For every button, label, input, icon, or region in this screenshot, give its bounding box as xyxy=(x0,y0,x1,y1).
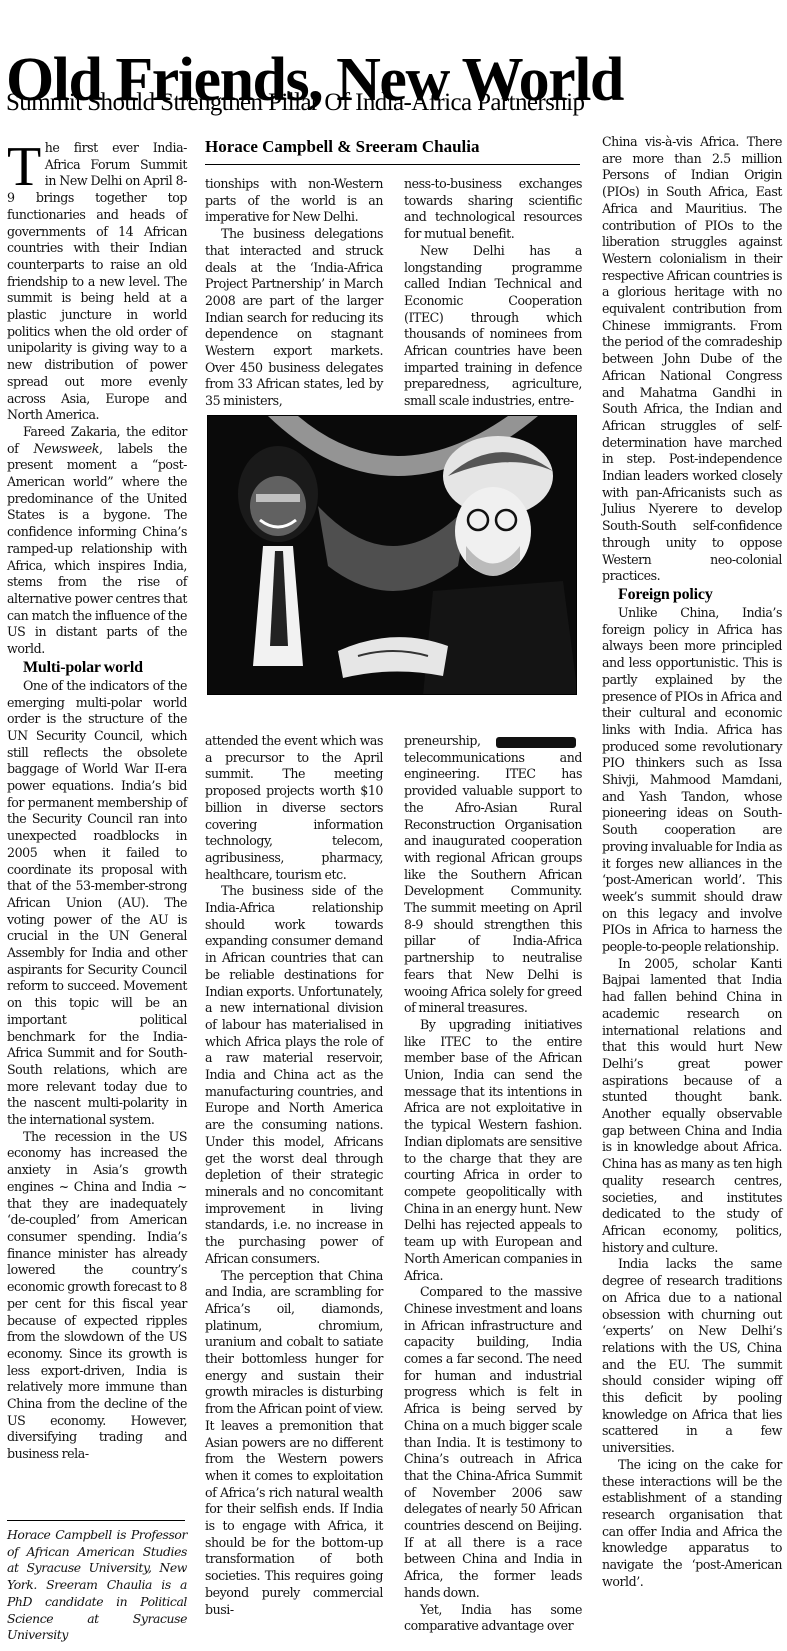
paragraph: One of the indicators of the emerging mu… xyxy=(7,678,187,1129)
lead-paragraph: The first ever India-Africa Forum Summit… xyxy=(7,140,187,424)
paragraph: The recession in the US economy has incr… xyxy=(7,1129,187,1463)
byline-divider xyxy=(205,164,580,165)
redacted-mark xyxy=(496,737,576,748)
paragraph: The business side of the India-Africa re… xyxy=(205,883,383,1267)
column-2-bottom: attended the event which was a precursor… xyxy=(205,733,383,1618)
paragraph: By upgrading initiatives like ITEC to th… xyxy=(404,1017,582,1284)
paragraph: tionships with non-Western parts of the … xyxy=(205,176,383,226)
bio-divider xyxy=(7,1520,185,1521)
column-4: China vis-à-vis Africa. There are more t… xyxy=(602,134,782,1590)
paragraph: New Delhi has a longstanding programme c… xyxy=(404,243,582,410)
subheadline: Summit Should Strengthen Pillar Of India… xyxy=(6,88,584,118)
column-2-top: tionships with non-Western parts of the … xyxy=(205,176,383,410)
byline: Horace Campbell & Sreeram Chaulia xyxy=(205,136,575,158)
author-bio: Horace Campbell is Professor of African … xyxy=(7,1527,187,1644)
publication-name: Newsweek xyxy=(34,441,99,456)
paragraph: Yet, India has some comparative advantag… xyxy=(404,1602,582,1635)
column-3-top: ness-to-business exchanges towards shari… xyxy=(404,176,582,410)
paragraph: The business delegations that interacted… xyxy=(205,226,383,410)
section-heading-foreign-policy: Foreign policy xyxy=(602,585,782,605)
handshake-photo-icon xyxy=(208,416,577,695)
paragraph: In 2005, scholar Kanti Bajpai lamented t… xyxy=(602,956,782,1257)
dropcap: T xyxy=(7,144,41,190)
section-heading-multi-polar: Multi-polar world xyxy=(7,658,187,678)
column-1: The first ever India-Africa Forum Summit… xyxy=(7,140,187,1463)
paragraph: Unlike China, India’s foreign policy in … xyxy=(602,605,782,956)
paragraph: ness-to-business exchanges towards shari… xyxy=(404,176,582,243)
article-photo xyxy=(207,415,577,695)
paragraph: The icing on the cake for these interact… xyxy=(602,1457,782,1591)
paragraph: telecommunications and engineering. ITEC… xyxy=(404,750,582,1017)
paragraph: India lacks the same degree of research … xyxy=(602,1256,782,1456)
column-3-bottom: preneurship, telecommunications and engi… xyxy=(404,733,582,1635)
paragraph: Compared to the massive Chinese investme… xyxy=(404,1284,582,1601)
paragraph: Fareed Zakaria, the editor of Newsweek, … xyxy=(7,424,187,658)
paragraph: China vis-à-vis Africa. There are more t… xyxy=(602,134,782,585)
paragraph: attended the event which was a precursor… xyxy=(205,733,383,883)
paragraph: The perception that China and India, are… xyxy=(205,1268,383,1619)
